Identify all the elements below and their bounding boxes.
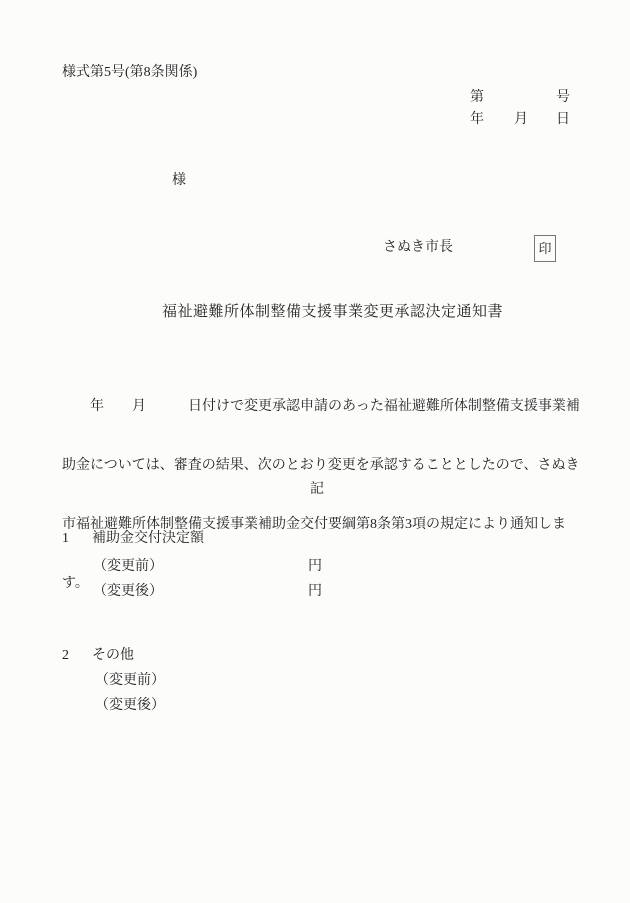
section-number: 2 xyxy=(62,647,69,665)
row-label-before: （変更前） xyxy=(93,558,163,576)
record-heading: 記 xyxy=(310,481,324,499)
sender-title: さぬき市長 xyxy=(383,239,453,257)
section-heading: 補助金交付決定額 xyxy=(92,530,204,548)
body-line: 助金については、審査の結果、次のとおり変更を承認することとしたので、さぬき xyxy=(62,454,580,477)
row-label-after: （変更後） xyxy=(95,697,165,715)
seal-box: 印 xyxy=(534,235,556,262)
seal-label: 印 xyxy=(538,241,551,256)
document-title: 福祉避難所体制整備支援事業変更承認決定通知書 xyxy=(162,303,503,321)
body-line: 年 月 日付けで変更承認申請のあった福祉避難所体制整備支援事業補 xyxy=(62,395,580,418)
row-label-after: （変更後） xyxy=(93,583,163,601)
row-unit-yen: 円 xyxy=(308,583,322,601)
row-unit-yen: 円 xyxy=(308,558,322,576)
doc-number-suffix: 号 xyxy=(556,89,570,107)
date-month-label: 月 xyxy=(514,111,528,129)
document-page: 様式第5号(第8条関係) 第 号 年 月 日 様 さぬき市長 印 福祉避難所体制… xyxy=(0,0,630,903)
doc-number-prefix: 第 xyxy=(470,89,484,107)
row-label-before: （変更前） xyxy=(95,672,165,690)
addressee-honorific: 様 xyxy=(172,172,186,190)
date-day-label: 日 xyxy=(556,111,570,129)
form-label: 様式第5号(第8条関係) xyxy=(62,64,197,82)
date-year-label: 年 xyxy=(470,111,484,129)
section-number: 1 xyxy=(62,530,69,548)
section-heading: その他 xyxy=(92,647,134,665)
